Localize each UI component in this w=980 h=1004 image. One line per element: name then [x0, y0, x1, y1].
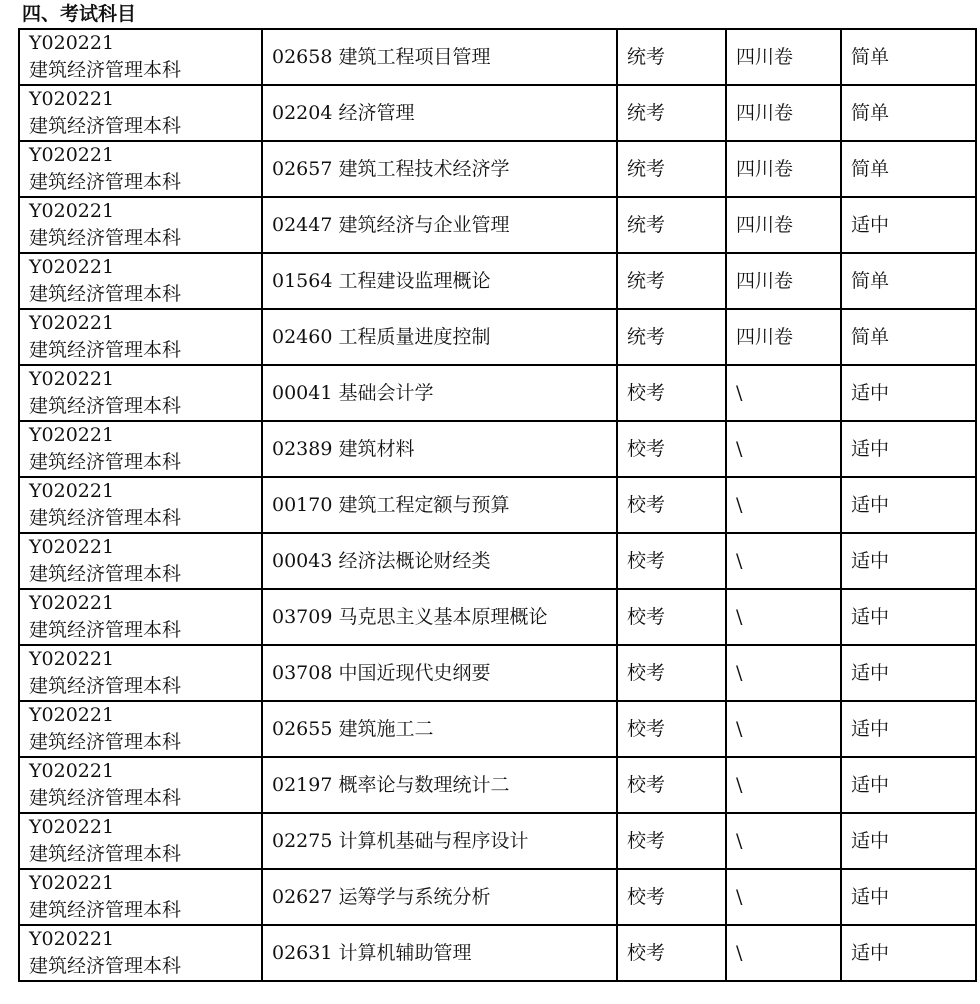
exam-type-cell: 统考	[617, 141, 726, 197]
major-name: 建筑经济管理本科	[29, 113, 261, 140]
major-code: Y020221	[29, 422, 261, 449]
table-row: Y020221 建筑经济管理本科 02447 建筑经济与企业管理 统考 四川卷 …	[19, 197, 976, 253]
table-row: Y020221 建筑经济管理本科 02460 工程质量进度控制 统考 四川卷 简…	[19, 309, 976, 365]
table-row: Y020221 建筑经济管理本科 02658 建筑工程项目管理 统考 四川卷 简…	[19, 29, 976, 85]
course-cell: 03709 马克思主义基本原理概论	[262, 589, 617, 645]
course-cell: 02627 运筹学与系统分析	[262, 869, 617, 925]
table-row: Y020221 建筑经济管理本科 03708 中国近现代史纲要 校考 \ 适中	[19, 645, 976, 701]
course-cell: 02389 建筑材料	[262, 421, 617, 477]
table-row: Y020221 建筑经济管理本科 02275 计算机基础与程序设计 校考 \ 适…	[19, 813, 976, 869]
major-code: Y020221	[29, 198, 261, 225]
major-name: 建筑经济管理本科	[29, 953, 261, 980]
major-name: 建筑经济管理本科	[29, 561, 261, 588]
course-cell: 02655 建筑施工二	[262, 701, 617, 757]
major-name: 建筑经济管理本科	[29, 57, 261, 84]
major-code: Y020221	[29, 142, 261, 169]
paper-cell: \	[726, 533, 841, 589]
exam-type-cell: 统考	[617, 253, 726, 309]
major-name: 建筑经济管理本科	[29, 225, 261, 252]
table-row: Y020221 建筑经济管理本科 00170 建筑工程定额与预算 校考 \ 适中	[19, 477, 976, 533]
major-name: 建筑经济管理本科	[29, 841, 261, 868]
major-cell: Y020221 建筑经济管理本科	[19, 141, 262, 197]
exam-type-cell: 统考	[617, 85, 726, 141]
major-name: 建筑经济管理本科	[29, 617, 261, 644]
difficulty-cell: 简单	[841, 85, 976, 141]
paper-cell: \	[726, 701, 841, 757]
major-cell: Y020221 建筑经济管理本科	[19, 197, 262, 253]
major-cell: Y020221 建筑经济管理本科	[19, 701, 262, 757]
major-cell: Y020221 建筑经济管理本科	[19, 477, 262, 533]
major-cell: Y020221 建筑经济管理本科	[19, 29, 262, 85]
course-cell: 02197 概率论与数理统计二	[262, 757, 617, 813]
major-cell: Y020221 建筑经济管理本科	[19, 421, 262, 477]
course-cell: 02204 经济管理	[262, 85, 617, 141]
major-cell: Y020221 建筑经济管理本科	[19, 85, 262, 141]
exam-type-cell: 统考	[617, 309, 726, 365]
difficulty-cell: 适中	[841, 701, 976, 757]
exam-type-cell: 统考	[617, 29, 726, 85]
paper-cell: 四川卷	[726, 141, 841, 197]
major-name: 建筑经济管理本科	[29, 393, 261, 420]
major-code: Y020221	[29, 478, 261, 505]
major-cell: Y020221 建筑经济管理本科	[19, 533, 262, 589]
table-row: Y020221 建筑经济管理本科 02197 概率论与数理统计二 校考 \ 适中	[19, 757, 976, 813]
major-code: Y020221	[29, 366, 261, 393]
paper-cell: \	[726, 925, 841, 981]
paper-cell: 四川卷	[726, 29, 841, 85]
table-row: Y020221 建筑经济管理本科 01564 工程建设监理概论 统考 四川卷 简…	[19, 253, 976, 309]
difficulty-cell: 适中	[841, 925, 976, 981]
difficulty-cell: 简单	[841, 309, 976, 365]
major-code: Y020221	[29, 86, 261, 113]
paper-cell: \	[726, 869, 841, 925]
course-cell: 02460 工程质量进度控制	[262, 309, 617, 365]
major-code: Y020221	[29, 590, 261, 617]
paper-cell: \	[726, 645, 841, 701]
difficulty-cell: 适中	[841, 533, 976, 589]
major-code: Y020221	[29, 254, 261, 281]
course-cell: 00170 建筑工程定额与预算	[262, 477, 617, 533]
major-cell: Y020221 建筑经济管理本科	[19, 645, 262, 701]
major-name: 建筑经济管理本科	[29, 729, 261, 756]
paper-cell: 四川卷	[726, 85, 841, 141]
paper-cell: \	[726, 365, 841, 421]
difficulty-cell: 适中	[841, 757, 976, 813]
paper-cell: 四川卷	[726, 253, 841, 309]
major-code: Y020221	[29, 926, 261, 953]
major-code: Y020221	[29, 758, 261, 785]
difficulty-cell: 简单	[841, 253, 976, 309]
difficulty-cell: 适中	[841, 365, 976, 421]
major-cell: Y020221 建筑经济管理本科	[19, 869, 262, 925]
major-name: 建筑经济管理本科	[29, 337, 261, 364]
major-code: Y020221	[29, 870, 261, 897]
table-row: Y020221 建筑经济管理本科 03709 马克思主义基本原理概论 校考 \ …	[19, 589, 976, 645]
paper-cell: \	[726, 813, 841, 869]
exam-type-cell: 校考	[617, 589, 726, 645]
table-row: Y020221 建筑经济管理本科 02657 建筑工程技术经济学 统考 四川卷 …	[19, 141, 976, 197]
major-name: 建筑经济管理本科	[29, 449, 261, 476]
course-cell: 01564 工程建设监理概论	[262, 253, 617, 309]
major-name: 建筑经济管理本科	[29, 897, 261, 924]
exam-type-cell: 校考	[617, 365, 726, 421]
exam-type-cell: 校考	[617, 757, 726, 813]
major-name: 建筑经济管理本科	[29, 505, 261, 532]
section-title: 四、考试科目	[22, 2, 136, 26]
major-code: Y020221	[29, 814, 261, 841]
exam-type-cell: 校考	[617, 869, 726, 925]
difficulty-cell: 适中	[841, 813, 976, 869]
major-code: Y020221	[29, 646, 261, 673]
major-name: 建筑经济管理本科	[29, 785, 261, 812]
table-body: Y020221 建筑经济管理本科 02658 建筑工程项目管理 统考 四川卷 简…	[19, 29, 976, 981]
major-name: 建筑经济管理本科	[29, 673, 261, 700]
difficulty-cell: 适中	[841, 869, 976, 925]
paper-cell: 四川卷	[726, 197, 841, 253]
course-cell: 00041 基础会计学	[262, 365, 617, 421]
difficulty-cell: 适中	[841, 589, 976, 645]
major-cell: Y020221 建筑经济管理本科	[19, 925, 262, 981]
difficulty-cell: 适中	[841, 477, 976, 533]
difficulty-cell: 简单	[841, 141, 976, 197]
exam-type-cell: 校考	[617, 477, 726, 533]
paper-cell: \	[726, 589, 841, 645]
difficulty-cell: 适中	[841, 197, 976, 253]
course-cell: 02447 建筑经济与企业管理	[262, 197, 617, 253]
major-name: 建筑经济管理本科	[29, 169, 261, 196]
course-cell: 02657 建筑工程技术经济学	[262, 141, 617, 197]
table-row: Y020221 建筑经济管理本科 00043 经济法概论财经类 校考 \ 适中	[19, 533, 976, 589]
major-code: Y020221	[29, 702, 261, 729]
major-cell: Y020221 建筑经济管理本科	[19, 365, 262, 421]
table-row: Y020221 建筑经济管理本科 02389 建筑材料 校考 \ 适中	[19, 421, 976, 477]
major-cell: Y020221 建筑经济管理本科	[19, 253, 262, 309]
exam-type-cell: 校考	[617, 533, 726, 589]
exam-subjects-table: Y020221 建筑经济管理本科 02658 建筑工程项目管理 统考 四川卷 简…	[18, 28, 977, 982]
difficulty-cell: 适中	[841, 645, 976, 701]
major-cell: Y020221 建筑经济管理本科	[19, 309, 262, 365]
course-cell: 03708 中国近现代史纲要	[262, 645, 617, 701]
course-cell: 00043 经济法概论财经类	[262, 533, 617, 589]
major-cell: Y020221 建筑经济管理本科	[19, 589, 262, 645]
difficulty-cell: 简单	[841, 29, 976, 85]
course-cell: 02631 计算机辅助管理	[262, 925, 617, 981]
exam-type-cell: 校考	[617, 645, 726, 701]
table-row: Y020221 建筑经济管理本科 00041 基础会计学 校考 \ 适中	[19, 365, 976, 421]
table-row: Y020221 建筑经济管理本科 02655 建筑施工二 校考 \ 适中	[19, 701, 976, 757]
table-row: Y020221 建筑经济管理本科 02204 经济管理 统考 四川卷 简单	[19, 85, 976, 141]
course-cell: 02658 建筑工程项目管理	[262, 29, 617, 85]
paper-cell: \	[726, 421, 841, 477]
exam-type-cell: 校考	[617, 813, 726, 869]
table-row: Y020221 建筑经济管理本科 02631 计算机辅助管理 校考 \ 适中	[19, 925, 976, 981]
exam-type-cell: 校考	[617, 925, 726, 981]
paper-cell: \	[726, 757, 841, 813]
course-cell: 02275 计算机基础与程序设计	[262, 813, 617, 869]
exam-type-cell: 校考	[617, 701, 726, 757]
major-code: Y020221	[29, 310, 261, 337]
major-cell: Y020221 建筑经济管理本科	[19, 757, 262, 813]
paper-cell: 四川卷	[726, 309, 841, 365]
major-name: 建筑经济管理本科	[29, 281, 261, 308]
table-row: Y020221 建筑经济管理本科 02627 运筹学与系统分析 校考 \ 适中	[19, 869, 976, 925]
exam-type-cell: 校考	[617, 421, 726, 477]
major-cell: Y020221 建筑经济管理本科	[19, 813, 262, 869]
major-code: Y020221	[29, 534, 261, 561]
major-code: Y020221	[29, 30, 261, 57]
exam-type-cell: 统考	[617, 197, 726, 253]
paper-cell: \	[726, 477, 841, 533]
difficulty-cell: 适中	[841, 421, 976, 477]
